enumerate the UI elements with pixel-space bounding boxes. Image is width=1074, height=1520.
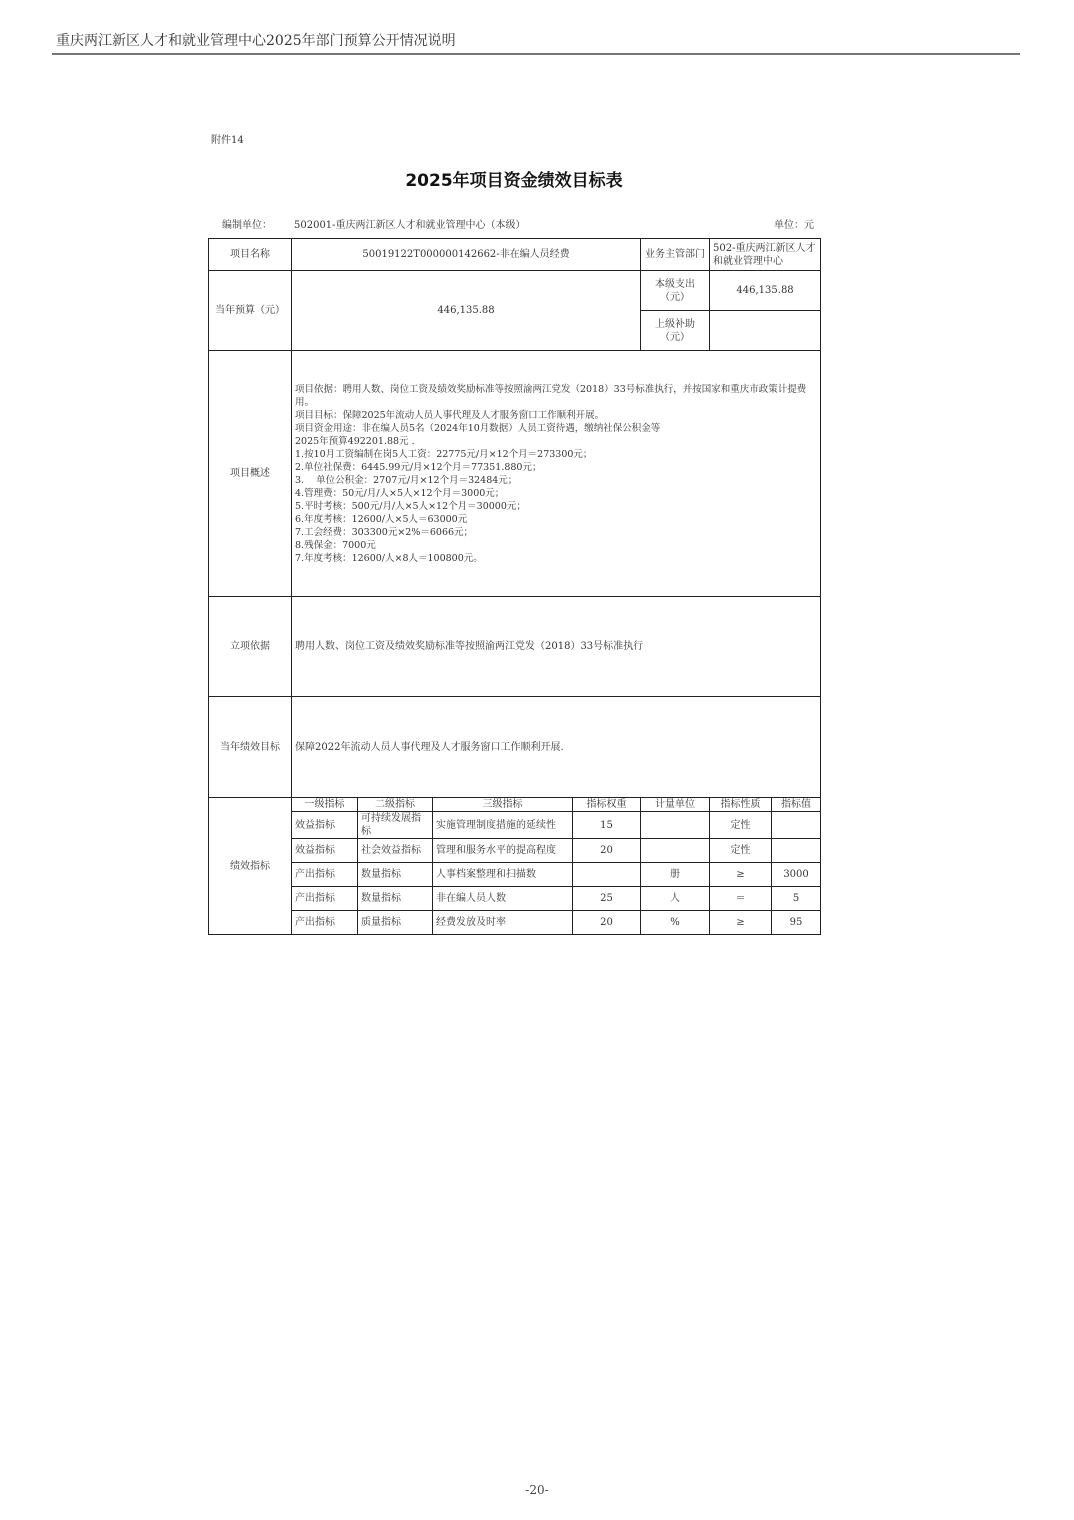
indicator-row: 产出指标数量指标非在编人员人数25人＝5 [209, 887, 821, 911]
indicator-cell: 社会效益指标 [358, 839, 433, 863]
indicator-cell: 效益指标 [292, 839, 358, 863]
indicator-cell: 95 [772, 911, 821, 935]
own-expense-value: 446,135.88 [710, 271, 821, 311]
overview-line: 5.平时考核：500元/月/人×5人×12个月＝30000元； [295, 500, 817, 513]
indicator-cell: 5 [772, 887, 821, 911]
indicator-cell: ≥ [710, 863, 772, 887]
running-header: 重庆两江新区人才和就业管理中心2025年部门预算公开情况说明 [56, 30, 456, 50]
indicator-cell: 数量指标 [358, 863, 433, 887]
overview-line: 8.残保金：7000元 [295, 539, 817, 552]
indicator-row: 效益指标社会效益指标管理和服务水平的提高程度20定性 [209, 839, 821, 863]
dept-label: 业务主管部门 [641, 239, 710, 271]
indicator-cell: 可持续发展指标 [358, 812, 433, 839]
performance-target-table: 项目名称 50019122T000000142662-非在编人员经费 业务主管部… [208, 238, 821, 935]
indicator-cell: 20 [573, 911, 641, 935]
indicator-cell: 非在编人员人数 [433, 887, 573, 911]
basis-value: 聘用人数、岗位工资及绩效奖励标准等按照渝两江党发（2018）33号标准执行 [292, 597, 821, 697]
indicator-cell: 实施管理制度措施的延续性 [433, 812, 573, 839]
budget-label: 当年预算（元） [209, 271, 292, 351]
overview-line: 1.按10月工资编制在岗5人工资：22775元/月×12个月＝273300元； [295, 448, 817, 461]
subsidy-value [710, 311, 821, 351]
compiling-unit: 编制单位：502001-重庆两江新区人才和就业管理中心（本级） [222, 216, 526, 231]
indicator-cell: 数量指标 [358, 887, 433, 911]
indicator-cell: 产出指标 [292, 887, 358, 911]
indicator-cell: 经费发放及时率 [433, 911, 573, 935]
compiling-unit-label: 编制单位： [222, 220, 272, 231]
header-rule [52, 53, 1020, 55]
indicator-header-cell: 计量单位 [641, 798, 710, 812]
indicator-cell: ＝ [710, 887, 772, 911]
indicator-cell [772, 812, 821, 839]
overview-line: 3. 单位公积金：2707元/月×12个月＝32484元； [295, 474, 817, 487]
indicator-header-cell: 指标性质 [710, 798, 772, 812]
indicator-header-cell: 指标权重 [573, 798, 641, 812]
indicator-cell: 册 [641, 863, 710, 887]
overview-label: 项目概述 [209, 351, 292, 597]
document-title: 2025年项目资金绩效目标表 [0, 166, 1028, 191]
attachment-label: 附件14 [211, 131, 244, 146]
overview-line: 2025年预算492201.88元 . [295, 435, 817, 448]
indicator-cell [641, 839, 710, 863]
indicator-header-cell: 一级指标 [292, 798, 358, 812]
indicator-label: 绩效指标 [209, 798, 292, 935]
indicator-cell [573, 863, 641, 887]
indicator-cell: 管理和服务水平的提高程度 [433, 839, 573, 863]
subsidy-label: 上级补助（元） [641, 311, 710, 351]
indicator-cell: 效益指标 [292, 812, 358, 839]
overview-line: 7.工会经费：303300元×2%＝6066元； [295, 526, 817, 539]
indicator-row: 产出指标质量指标经费发放及时率20%≥95 [209, 911, 821, 935]
indicator-cell: 人 [641, 887, 710, 911]
goal-label: 当年绩效目标 [209, 697, 292, 798]
indicator-cell: ≥ [710, 911, 772, 935]
indicator-cell: 20 [573, 839, 641, 863]
indicator-row: 效益指标可持续发展指标实施管理制度措施的延续性15定性 [209, 812, 821, 839]
basis-label: 立项依据 [209, 597, 292, 697]
indicator-cell [641, 812, 710, 839]
indicator-cell: 3000 [772, 863, 821, 887]
indicator-cell: 人事档案整理和扫描数 [433, 863, 573, 887]
indicator-header-cell: 指标值 [772, 798, 821, 812]
indicator-cell: 定性 [710, 812, 772, 839]
indicator-cell: 产出指标 [292, 863, 358, 887]
compiling-unit-value: 502001-重庆两江新区人才和就业管理中心（本级） [294, 220, 526, 231]
overview-line: 项目资金用途：非在编人员5名（2024年10月数据）人员工资待遇，缴纳社保公积金… [295, 422, 817, 435]
indicator-cell: 25 [573, 887, 641, 911]
overview-line: 2.单位社保费：6445.99元/月×12个月＝77351.880元； [295, 461, 817, 474]
project-name-value: 50019122T000000142662-非在编人员经费 [292, 239, 641, 271]
indicator-cell: 15 [573, 812, 641, 839]
overview-line: 7.年度考核：12600/人×8人＝100800元。 [295, 552, 817, 565]
indicator-cell: 产出指标 [292, 911, 358, 935]
indicator-row: 产出指标数量指标人事档案整理和扫描数册≥3000 [209, 863, 821, 887]
overview-lines: 项目依据：聘用人数、岗位工资及绩效奖励标准等按照渝两江党发（2018）33号标准… [295, 383, 817, 565]
indicator-header-row: 绩效指标 一级指标二级指标三级指标指标权重计量单位指标性质指标值 [209, 798, 821, 812]
indicator-header-cell: 二级指标 [358, 798, 433, 812]
indicator-cell: 定性 [710, 839, 772, 863]
project-name-label: 项目名称 [209, 239, 292, 271]
currency-unit: 单位：元 [774, 216, 814, 231]
overview-content: 项目依据：聘用人数、岗位工资及绩效奖励标准等按照渝两江党发（2018）33号标准… [292, 351, 821, 597]
indicator-cell: 质量指标 [358, 911, 433, 935]
page-number: -20- [0, 1483, 1074, 1497]
overview-line: 项目目标：保障2025年流动人员人事代理及人才服务窗口工作顺利开展。 [295, 409, 817, 422]
overview-line: 6.年度考核：12600/人×5人＝63000元 [295, 513, 817, 526]
own-expense-label: 本级支出（元） [641, 271, 710, 311]
overview-line: 4.管理费：50元/月/人×5人×12个月＝3000元； [295, 487, 817, 500]
indicator-cell: % [641, 911, 710, 935]
indicator-header-cell: 三级指标 [433, 798, 573, 812]
dept-value: 502-重庆两江新区人才和就业管理中心 [710, 239, 821, 271]
goal-value: 保障2022年流动人员人事代理及人才服务窗口工作顺利开展. [292, 697, 821, 798]
budget-value: 446,135.88 [292, 271, 641, 351]
overview-line: 项目依据：聘用人数、岗位工资及绩效奖励标准等按照渝两江党发（2018）33号标准… [295, 383, 817, 409]
indicator-cell [772, 839, 821, 863]
